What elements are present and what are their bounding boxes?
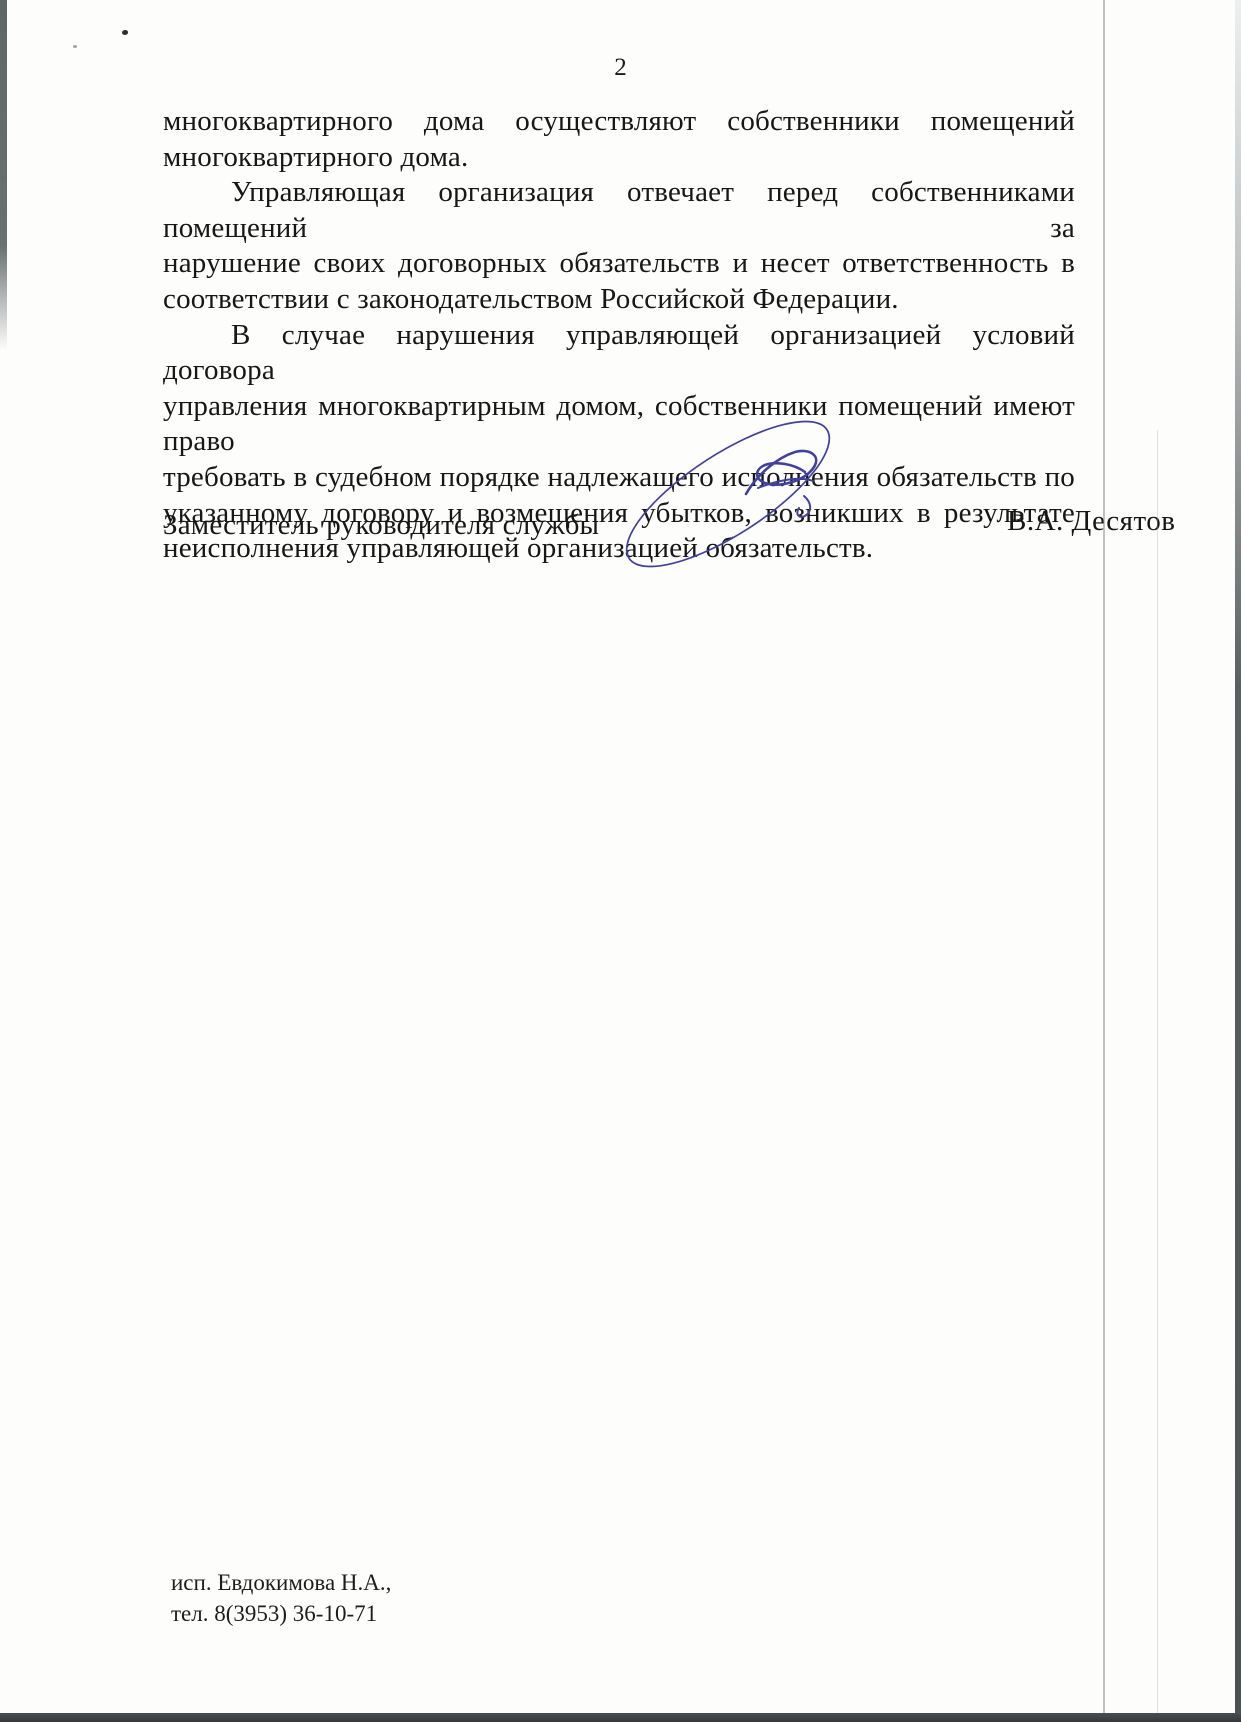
body-line: нарушение своих договорных обязательств … (163, 246, 1075, 282)
scan-edge-left (0, 0, 7, 350)
signature-ink (598, 406, 878, 576)
body-line: многоквартирного дома. (163, 140, 1075, 176)
signature-name: В.А. Десятов (1007, 505, 1175, 538)
ink-speck (122, 30, 128, 35)
ink-speck (73, 45, 77, 48)
executor-phone-line: тел. 8(3953) 36-10-71 (171, 1598, 391, 1629)
scan-fold-line (1157, 430, 1158, 1713)
signature-hook (797, 496, 810, 517)
body-line: многоквартирного дома осуществляют собст… (163, 104, 1075, 140)
signature-oval (607, 406, 848, 576)
scan-edge-right (1235, 0, 1241, 1722)
scan-edge-bottom (0, 1713, 1241, 1722)
page-number: 2 (0, 54, 1241, 82)
signature-scribble (746, 451, 816, 494)
body-line: Управляющая организация отвечает перед с… (163, 175, 1075, 246)
executor-note: исп. Евдокимова Н.А., тел. 8(3953) 36-10… (171, 1567, 391, 1629)
signature-title: Заместитель руководителя службы (163, 509, 599, 542)
scanned-document-page: 2 многоквартирного дома осуществляют соб… (0, 0, 1241, 1722)
body-line: соответствии с законодательством Российс… (163, 282, 1075, 318)
scan-fold-line (1103, 0, 1105, 1713)
executor-name-line: исп. Евдокимова Н.А., (171, 1567, 391, 1598)
paragraph: Управляющая организация отвечает перед с… (163, 175, 1075, 317)
body-line: В случае нарушения управляющей организац… (163, 318, 1075, 389)
paragraph: многоквартирного дома осуществляют собст… (163, 104, 1075, 175)
